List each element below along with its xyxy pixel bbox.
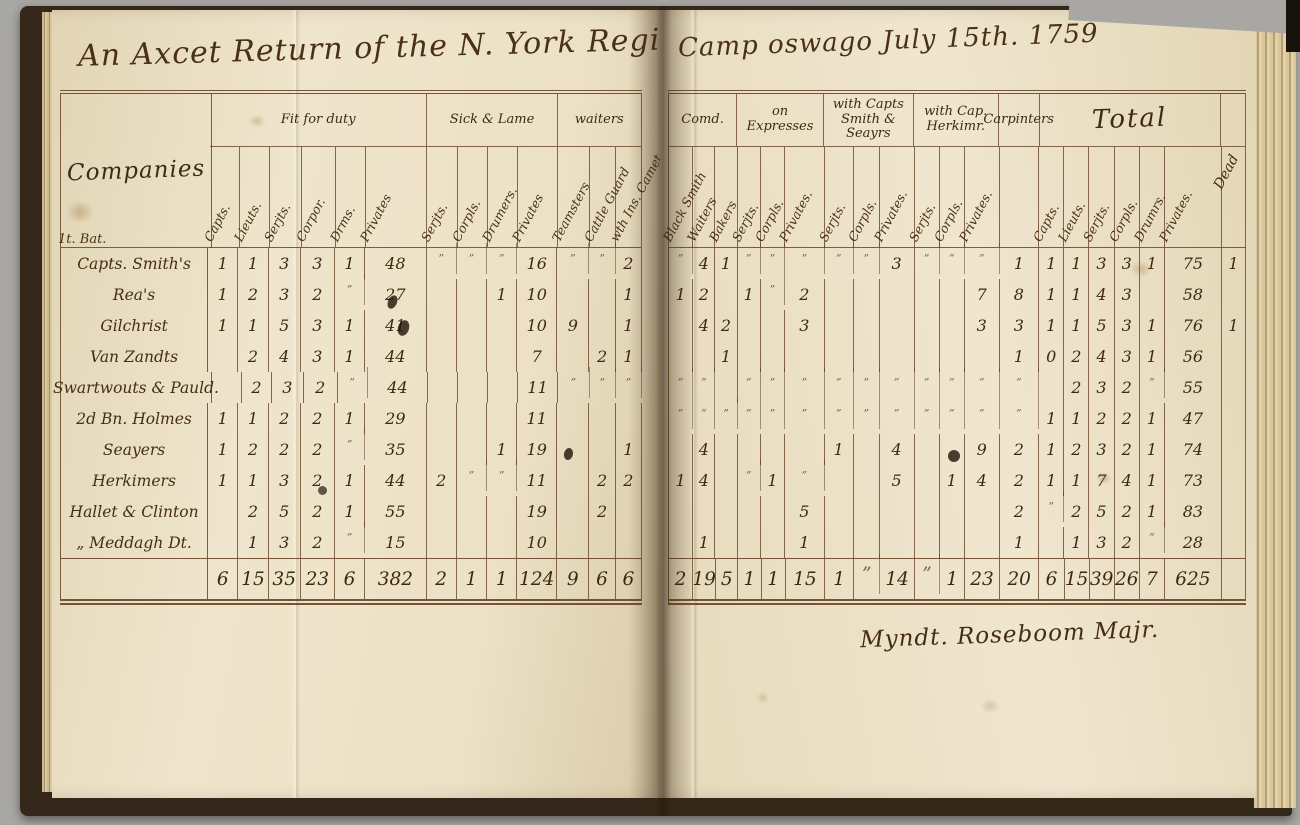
table-cell bbox=[557, 496, 589, 527]
table-cell: 3 bbox=[1089, 527, 1114, 558]
right-table: Comd.on Expresseswith Capts Smith & Seay… bbox=[668, 90, 1246, 605]
table-cell bbox=[669, 496, 693, 527]
total-cell: 9 bbox=[557, 559, 589, 599]
column-group-label: Total bbox=[1092, 104, 1168, 136]
table-cell: 75 bbox=[1165, 248, 1222, 279]
table-cell: 1 bbox=[1064, 248, 1089, 279]
table-cell: 41 bbox=[365, 310, 426, 341]
table-cell bbox=[715, 465, 737, 496]
table-cell bbox=[616, 403, 642, 434]
table-cell: 1 bbox=[715, 248, 737, 279]
table-cell bbox=[1222, 496, 1246, 527]
table-cell: 1 bbox=[1222, 248, 1246, 279]
company-row-label: 2d Bn. Holmes bbox=[60, 403, 208, 434]
table-cell bbox=[427, 279, 457, 310]
column-group-label: Sick & Lame bbox=[450, 113, 534, 128]
table-cell: 1 bbox=[1140, 465, 1165, 496]
table-cell bbox=[589, 310, 615, 341]
table-cell bbox=[488, 372, 518, 403]
table-cell bbox=[427, 434, 457, 465]
table-cell: 27 bbox=[365, 279, 426, 310]
table-cell: ” bbox=[965, 398, 1000, 429]
column-group-header: on Expresses bbox=[737, 94, 824, 146]
table-cell: 11 bbox=[518, 372, 558, 403]
table-cell: 1 bbox=[208, 310, 238, 341]
table-cell bbox=[761, 496, 785, 527]
table-cell: 3 bbox=[269, 527, 301, 558]
table-cell bbox=[880, 527, 915, 558]
table-cell: 55 bbox=[1165, 372, 1222, 403]
table-cell bbox=[915, 465, 940, 496]
total-cell: 7 bbox=[1140, 559, 1165, 599]
table-cell: 2 bbox=[1089, 403, 1114, 434]
total-cell: 1 bbox=[825, 559, 854, 599]
table-cell bbox=[825, 496, 854, 527]
table-cell: 1 bbox=[335, 465, 365, 496]
table-cell: ” bbox=[738, 243, 761, 274]
table-cell: 2 bbox=[301, 465, 335, 496]
table-cell: 4 bbox=[1115, 465, 1140, 496]
table-cell: ” bbox=[915, 398, 940, 429]
table-row: Rea's1232”271101 bbox=[60, 279, 642, 310]
table-cell: ” bbox=[1039, 491, 1064, 522]
table-cell: ” bbox=[457, 243, 487, 274]
table-cell: ” bbox=[854, 243, 880, 274]
table-cell: 35 bbox=[365, 434, 426, 465]
table-cell: 19 bbox=[517, 496, 557, 527]
company-row-label: „ Meddagh Dt. bbox=[60, 527, 208, 558]
table-cell bbox=[915, 310, 940, 341]
table-cell bbox=[940, 496, 965, 527]
table-cell bbox=[427, 496, 457, 527]
table-cell: 74 bbox=[1165, 434, 1222, 465]
table-cell: ” bbox=[825, 367, 854, 398]
table-cell: 4 bbox=[1089, 341, 1114, 372]
table-cell: 2 bbox=[301, 434, 335, 465]
table-cell bbox=[427, 341, 457, 372]
table-cell: 1 bbox=[1064, 403, 1089, 434]
column-header-label: wth Ins. Camet bbox=[607, 152, 665, 244]
table-cell: 2 bbox=[269, 434, 301, 465]
table-cell: ” bbox=[825, 243, 854, 274]
total-cell: 19 bbox=[693, 559, 716, 599]
table-cell: 5 bbox=[269, 496, 301, 527]
table-cell bbox=[825, 527, 854, 558]
table-cell bbox=[487, 341, 517, 372]
table-cell bbox=[212, 372, 242, 403]
table-cell: ” bbox=[669, 367, 693, 398]
table-cell: 3 bbox=[301, 310, 335, 341]
table-cell: 10 bbox=[517, 279, 557, 310]
table-cell: ” bbox=[589, 243, 615, 274]
table-cell: 3 bbox=[1115, 248, 1140, 279]
table-cell: 1 bbox=[208, 248, 238, 279]
table-cell: 11 bbox=[517, 403, 557, 434]
table-cell: 3 bbox=[272, 372, 304, 403]
table-cell: 2 bbox=[301, 279, 335, 310]
table-cell: 3 bbox=[301, 248, 335, 279]
column-header: Privates. bbox=[965, 147, 1000, 247]
table-cell: 3 bbox=[269, 279, 301, 310]
table-cell: 2 bbox=[1115, 434, 1140, 465]
table-cell: 1 bbox=[487, 279, 517, 310]
table-cell: 5 bbox=[1089, 310, 1114, 341]
table-cell: 1 bbox=[238, 310, 268, 341]
table-cell bbox=[669, 434, 693, 465]
left-table-header: Companies Fit for dutySick & Lamewaiters… bbox=[60, 94, 642, 248]
column-header: Privates. bbox=[1165, 147, 1222, 247]
table-cell: 10 bbox=[517, 310, 557, 341]
table-row: „ Meddagh Dt.132”1510 bbox=[60, 527, 642, 558]
table-cell bbox=[208, 341, 238, 372]
table-cell: ” bbox=[669, 398, 693, 429]
table-cell bbox=[427, 310, 457, 341]
table-cell: 1 bbox=[1039, 248, 1064, 279]
table-cell: 5 bbox=[880, 465, 915, 496]
table-cell: 1 bbox=[1064, 527, 1089, 558]
column-group-header: with Capts Smith & Seayrs bbox=[824, 94, 914, 146]
table-cell bbox=[457, 527, 487, 558]
table-cell: 48 bbox=[365, 248, 426, 279]
total-cell: 1 bbox=[940, 559, 965, 599]
table-cell: 2 bbox=[1064, 434, 1089, 465]
table-cell: ” bbox=[761, 398, 785, 429]
table-cell: 47 bbox=[1165, 403, 1222, 434]
table-cell bbox=[669, 527, 693, 558]
table-cell: ” bbox=[965, 243, 1000, 274]
table-cell: ” bbox=[457, 460, 487, 491]
table-cell bbox=[1140, 279, 1165, 310]
left-table-totals: 61535236382211124966 bbox=[60, 558, 642, 605]
table-cell: 4 bbox=[693, 310, 715, 341]
table-cell: ” bbox=[940, 398, 965, 429]
table-cell: ” bbox=[761, 367, 785, 398]
table-cell: 1 bbox=[1039, 279, 1064, 310]
table-cell: 2 bbox=[1064, 372, 1089, 403]
table-cell: ” bbox=[1000, 398, 1040, 429]
column-group-label: on Expresses bbox=[737, 105, 823, 135]
table-cell: 1 bbox=[669, 279, 693, 310]
table-cell bbox=[427, 403, 457, 434]
table-row: Swartwouts & Pauld.232”4411””” bbox=[60, 372, 642, 403]
table-cell bbox=[854, 465, 880, 496]
table-cell: 2 bbox=[427, 465, 457, 496]
table-cell: 1 bbox=[208, 434, 238, 465]
table-cell: 4 bbox=[693, 248, 715, 279]
table-cell: 1 bbox=[208, 279, 238, 310]
table-cell bbox=[880, 279, 915, 310]
column-group-header: Dead bbox=[1221, 94, 1246, 146]
left-page-title: An Axcet Return of the N. York Regimt. bbox=[78, 21, 714, 74]
column-header: wth Ins. Camet bbox=[616, 147, 642, 247]
column-group-header: Carpinters bbox=[999, 94, 1040, 146]
total-cell: 6 bbox=[589, 559, 615, 599]
table-cell bbox=[715, 527, 737, 558]
total-cell: 1 bbox=[762, 559, 786, 599]
table-cell bbox=[965, 496, 1000, 527]
column-group-header: Fit for duty bbox=[210, 94, 427, 146]
table-cell: 1 bbox=[1064, 310, 1089, 341]
table-cell: 15 bbox=[365, 527, 426, 558]
table-cell bbox=[428, 372, 458, 403]
table-cell: 3 bbox=[965, 310, 1000, 341]
table-cell bbox=[738, 527, 761, 558]
left-table-body: Capts. Smith's1133148”””16””2Rea's1232”2… bbox=[60, 248, 642, 558]
table-cell bbox=[880, 310, 915, 341]
table-cell: 3 bbox=[301, 341, 335, 372]
table-row: Seayers1222”351191 bbox=[60, 434, 642, 465]
table-cell bbox=[669, 310, 693, 341]
left-table: Companies Fit for dutySick & Lamewaiters… bbox=[60, 90, 642, 605]
table-cell: 73 bbox=[1165, 465, 1222, 496]
table-cell: ” bbox=[785, 460, 825, 491]
table-cell: 1 bbox=[238, 527, 268, 558]
paper-stain bbox=[756, 692, 770, 704]
total-cell: 6 bbox=[1039, 559, 1064, 599]
table-cell: 2 bbox=[1115, 527, 1140, 558]
companies-header-label: Companies bbox=[66, 155, 205, 186]
totals-row-label bbox=[60, 559, 208, 599]
table-cell: 4 bbox=[269, 341, 301, 372]
column-header-band: Black SmithWaitersBakersSerjts.Corpls.Pr… bbox=[669, 147, 1246, 248]
right-table-totals: 219511151”14”1232061539267625 bbox=[669, 558, 1246, 605]
column-group-header: Total bbox=[1040, 94, 1222, 146]
table-cell: 2 bbox=[1115, 403, 1140, 434]
column-group-header: waiters bbox=[558, 94, 642, 146]
total-cell: 6 bbox=[616, 559, 642, 599]
table-cell bbox=[589, 527, 615, 558]
table-cell: 2 bbox=[238, 341, 268, 372]
table-cell: 2 bbox=[238, 279, 268, 310]
company-row-label: Capts. Smith's bbox=[60, 248, 208, 279]
table-cell: ” bbox=[487, 460, 517, 491]
company-row-label: Swartwouts & Pauld. bbox=[60, 372, 212, 403]
table-cell: 4 bbox=[880, 434, 915, 465]
table-cell: 1 bbox=[616, 434, 642, 465]
table-cell: 2 bbox=[693, 279, 715, 310]
table-cell: ” bbox=[616, 367, 642, 398]
table-cell bbox=[854, 434, 880, 465]
total-cell: 5 bbox=[716, 559, 738, 599]
table-cell: 1 bbox=[616, 310, 642, 341]
table-cell: 1 bbox=[1000, 248, 1040, 279]
table-cell: 2 bbox=[301, 403, 335, 434]
table-cell: 9 bbox=[557, 310, 589, 341]
table-cell: 1 bbox=[1064, 465, 1089, 496]
table-cell: 1 bbox=[208, 403, 238, 434]
table-cell: ” bbox=[761, 274, 785, 305]
table-cell: 2 bbox=[1064, 496, 1089, 527]
table-cell bbox=[487, 496, 517, 527]
table-cell: 1 bbox=[940, 465, 965, 496]
table-cell: 9 bbox=[965, 434, 1000, 465]
table-cell: 1 bbox=[238, 248, 268, 279]
column-group-label: Comd. bbox=[681, 113, 724, 128]
right-page-title: Camp oswago July 15th. 1759 bbox=[678, 19, 1099, 64]
table-cell bbox=[457, 279, 487, 310]
table-cell: ” bbox=[427, 243, 457, 274]
table-cell: 1 bbox=[1000, 527, 1040, 558]
table-cell: 3 bbox=[1089, 372, 1114, 403]
table-cell: 3 bbox=[880, 248, 915, 279]
table-cell: 1 bbox=[238, 465, 268, 496]
table-cell: 44 bbox=[368, 372, 429, 403]
total-cell: 2 bbox=[427, 559, 457, 599]
table-cell: ” bbox=[965, 367, 1000, 398]
company-row-label: Van Zandts bbox=[60, 341, 208, 372]
table-cell: ” bbox=[854, 367, 880, 398]
table-cell: 1 bbox=[738, 279, 761, 310]
table-cell: ” bbox=[880, 398, 915, 429]
total-cell: 6 bbox=[208, 559, 238, 599]
table-cell: ” bbox=[785, 243, 825, 274]
table-cell: 3 bbox=[785, 310, 825, 341]
table-cell: 2 bbox=[1115, 372, 1140, 403]
table-cell bbox=[208, 527, 238, 558]
table-cell: 2 bbox=[785, 279, 825, 310]
table-cell: 2 bbox=[589, 496, 615, 527]
company-row-label: Hallet & Clinton bbox=[60, 496, 208, 527]
total-cell: 26 bbox=[1115, 559, 1140, 599]
table-cell: 1 bbox=[1039, 434, 1064, 465]
table-cell: 83 bbox=[1165, 496, 1222, 527]
column-group-label: waiters bbox=[575, 113, 624, 128]
table-row: 4233311531761 bbox=[669, 310, 1246, 341]
company-row-label: Gilchrist bbox=[60, 310, 208, 341]
column-group-label: Fit for duty bbox=[281, 113, 356, 128]
column-group-band: Comd.on Expresseswith Capts Smith & Seay… bbox=[669, 94, 1246, 147]
signature: Myndt. Roseboom Majr. bbox=[860, 617, 1160, 653]
table-row: Herkimers11321442””1122 bbox=[60, 465, 642, 496]
table-cell: 16 bbox=[517, 248, 557, 279]
total-cell bbox=[1222, 559, 1246, 599]
table-cell: 4 bbox=[965, 465, 1000, 496]
table-cell: ” bbox=[669, 243, 693, 274]
table-cell bbox=[738, 496, 761, 527]
table-cell bbox=[1222, 341, 1246, 372]
table-cell: 3 bbox=[1115, 279, 1140, 310]
total-cell: 124 bbox=[517, 559, 557, 599]
table-cell: 2 bbox=[301, 496, 335, 527]
table-cell: 1 bbox=[238, 403, 268, 434]
table-cell: 2 bbox=[238, 496, 268, 527]
table-cell bbox=[487, 403, 517, 434]
companies-header-cell: Companies bbox=[60, 94, 212, 248]
table-cell bbox=[738, 310, 761, 341]
column-group-band: Fit for dutySick & Lamewaiters bbox=[210, 94, 642, 147]
table-cell: 1 bbox=[1222, 310, 1246, 341]
table-cell: 5 bbox=[269, 310, 301, 341]
total-cell: 1 bbox=[457, 559, 487, 599]
table-cell: 1 bbox=[825, 434, 854, 465]
column-group-header: Sick & Lame bbox=[427, 94, 557, 146]
table-cell: ” bbox=[940, 367, 965, 398]
total-cell: 15 bbox=[238, 559, 268, 599]
table-cell: ” bbox=[785, 367, 825, 398]
table-cell bbox=[1222, 465, 1246, 496]
column-header: Privates bbox=[366, 147, 427, 247]
table-cell: 1 bbox=[1140, 310, 1165, 341]
table-cell bbox=[965, 527, 1000, 558]
table-cell: ” bbox=[825, 398, 854, 429]
table-cell: 1 bbox=[1140, 434, 1165, 465]
table-cell bbox=[487, 310, 517, 341]
table-cell: 1 bbox=[335, 310, 365, 341]
company-row-label: Rea's bbox=[60, 279, 208, 310]
table-cell bbox=[208, 496, 238, 527]
table-cell bbox=[1039, 372, 1064, 403]
table-cell bbox=[915, 279, 940, 310]
total-cell: 15 bbox=[786, 559, 826, 599]
table-cell: 1 bbox=[1140, 248, 1165, 279]
table-cell bbox=[1222, 372, 1246, 403]
table-cell: 2 bbox=[715, 310, 737, 341]
total-cell: 14 bbox=[880, 559, 915, 599]
table-cell: 76 bbox=[1165, 310, 1222, 341]
table-cell bbox=[1222, 527, 1246, 558]
table-cell bbox=[557, 434, 589, 465]
table-cell: 7 bbox=[1089, 465, 1114, 496]
table-cell bbox=[457, 341, 487, 372]
table-row: 121”278114358 bbox=[669, 279, 1246, 310]
table-cell: 1 bbox=[761, 465, 785, 496]
table-cell: 1 bbox=[1064, 279, 1089, 310]
paper-stain bbox=[980, 698, 1000, 714]
table-cell: ” bbox=[761, 243, 785, 274]
table-cell: 3 bbox=[1000, 310, 1040, 341]
table-cell bbox=[589, 434, 615, 465]
table-cell: ” bbox=[738, 398, 761, 429]
table-cell bbox=[715, 434, 737, 465]
table-cell bbox=[589, 279, 615, 310]
table-cell: 56 bbox=[1165, 341, 1222, 372]
left-page: An Axcet Return of the N. York Regimt. C… bbox=[52, 10, 660, 798]
table-row: ”41”””””3”””111331751 bbox=[669, 248, 1246, 279]
table-cell: 2 bbox=[589, 465, 615, 496]
table-cell: ” bbox=[487, 243, 517, 274]
table-cell: 2 bbox=[1000, 496, 1040, 527]
table-cell: 2 bbox=[238, 434, 268, 465]
table-cell bbox=[854, 310, 880, 341]
table-cell: ” bbox=[335, 274, 365, 305]
table-cell: ” bbox=[693, 398, 715, 429]
table-cell: 44 bbox=[365, 465, 426, 496]
table-cell bbox=[761, 310, 785, 341]
table-cell bbox=[854, 279, 880, 310]
table-cell bbox=[693, 496, 715, 527]
table-cell bbox=[557, 403, 589, 434]
table-cell bbox=[457, 310, 487, 341]
total-cell: ” bbox=[854, 554, 880, 594]
table-cell: ” bbox=[880, 367, 915, 398]
table-cell bbox=[940, 527, 965, 558]
table-cell: 8 bbox=[1000, 279, 1040, 310]
table-cell bbox=[458, 372, 488, 403]
table-cell: 5 bbox=[785, 496, 825, 527]
table-cell bbox=[1222, 279, 1246, 310]
total-cell: 382 bbox=[365, 559, 426, 599]
table-cell: 3 bbox=[269, 248, 301, 279]
table-cell bbox=[616, 527, 642, 558]
table-cell: ” bbox=[335, 429, 365, 460]
table-cell bbox=[457, 403, 487, 434]
table-row: 14”1”51421174173 bbox=[669, 465, 1246, 496]
table-cell bbox=[825, 465, 854, 496]
table-cell: ” bbox=[590, 367, 616, 398]
table-cell: 1 bbox=[616, 279, 642, 310]
table-cell: ” bbox=[558, 367, 590, 398]
total-cell: 20 bbox=[1000, 559, 1040, 599]
